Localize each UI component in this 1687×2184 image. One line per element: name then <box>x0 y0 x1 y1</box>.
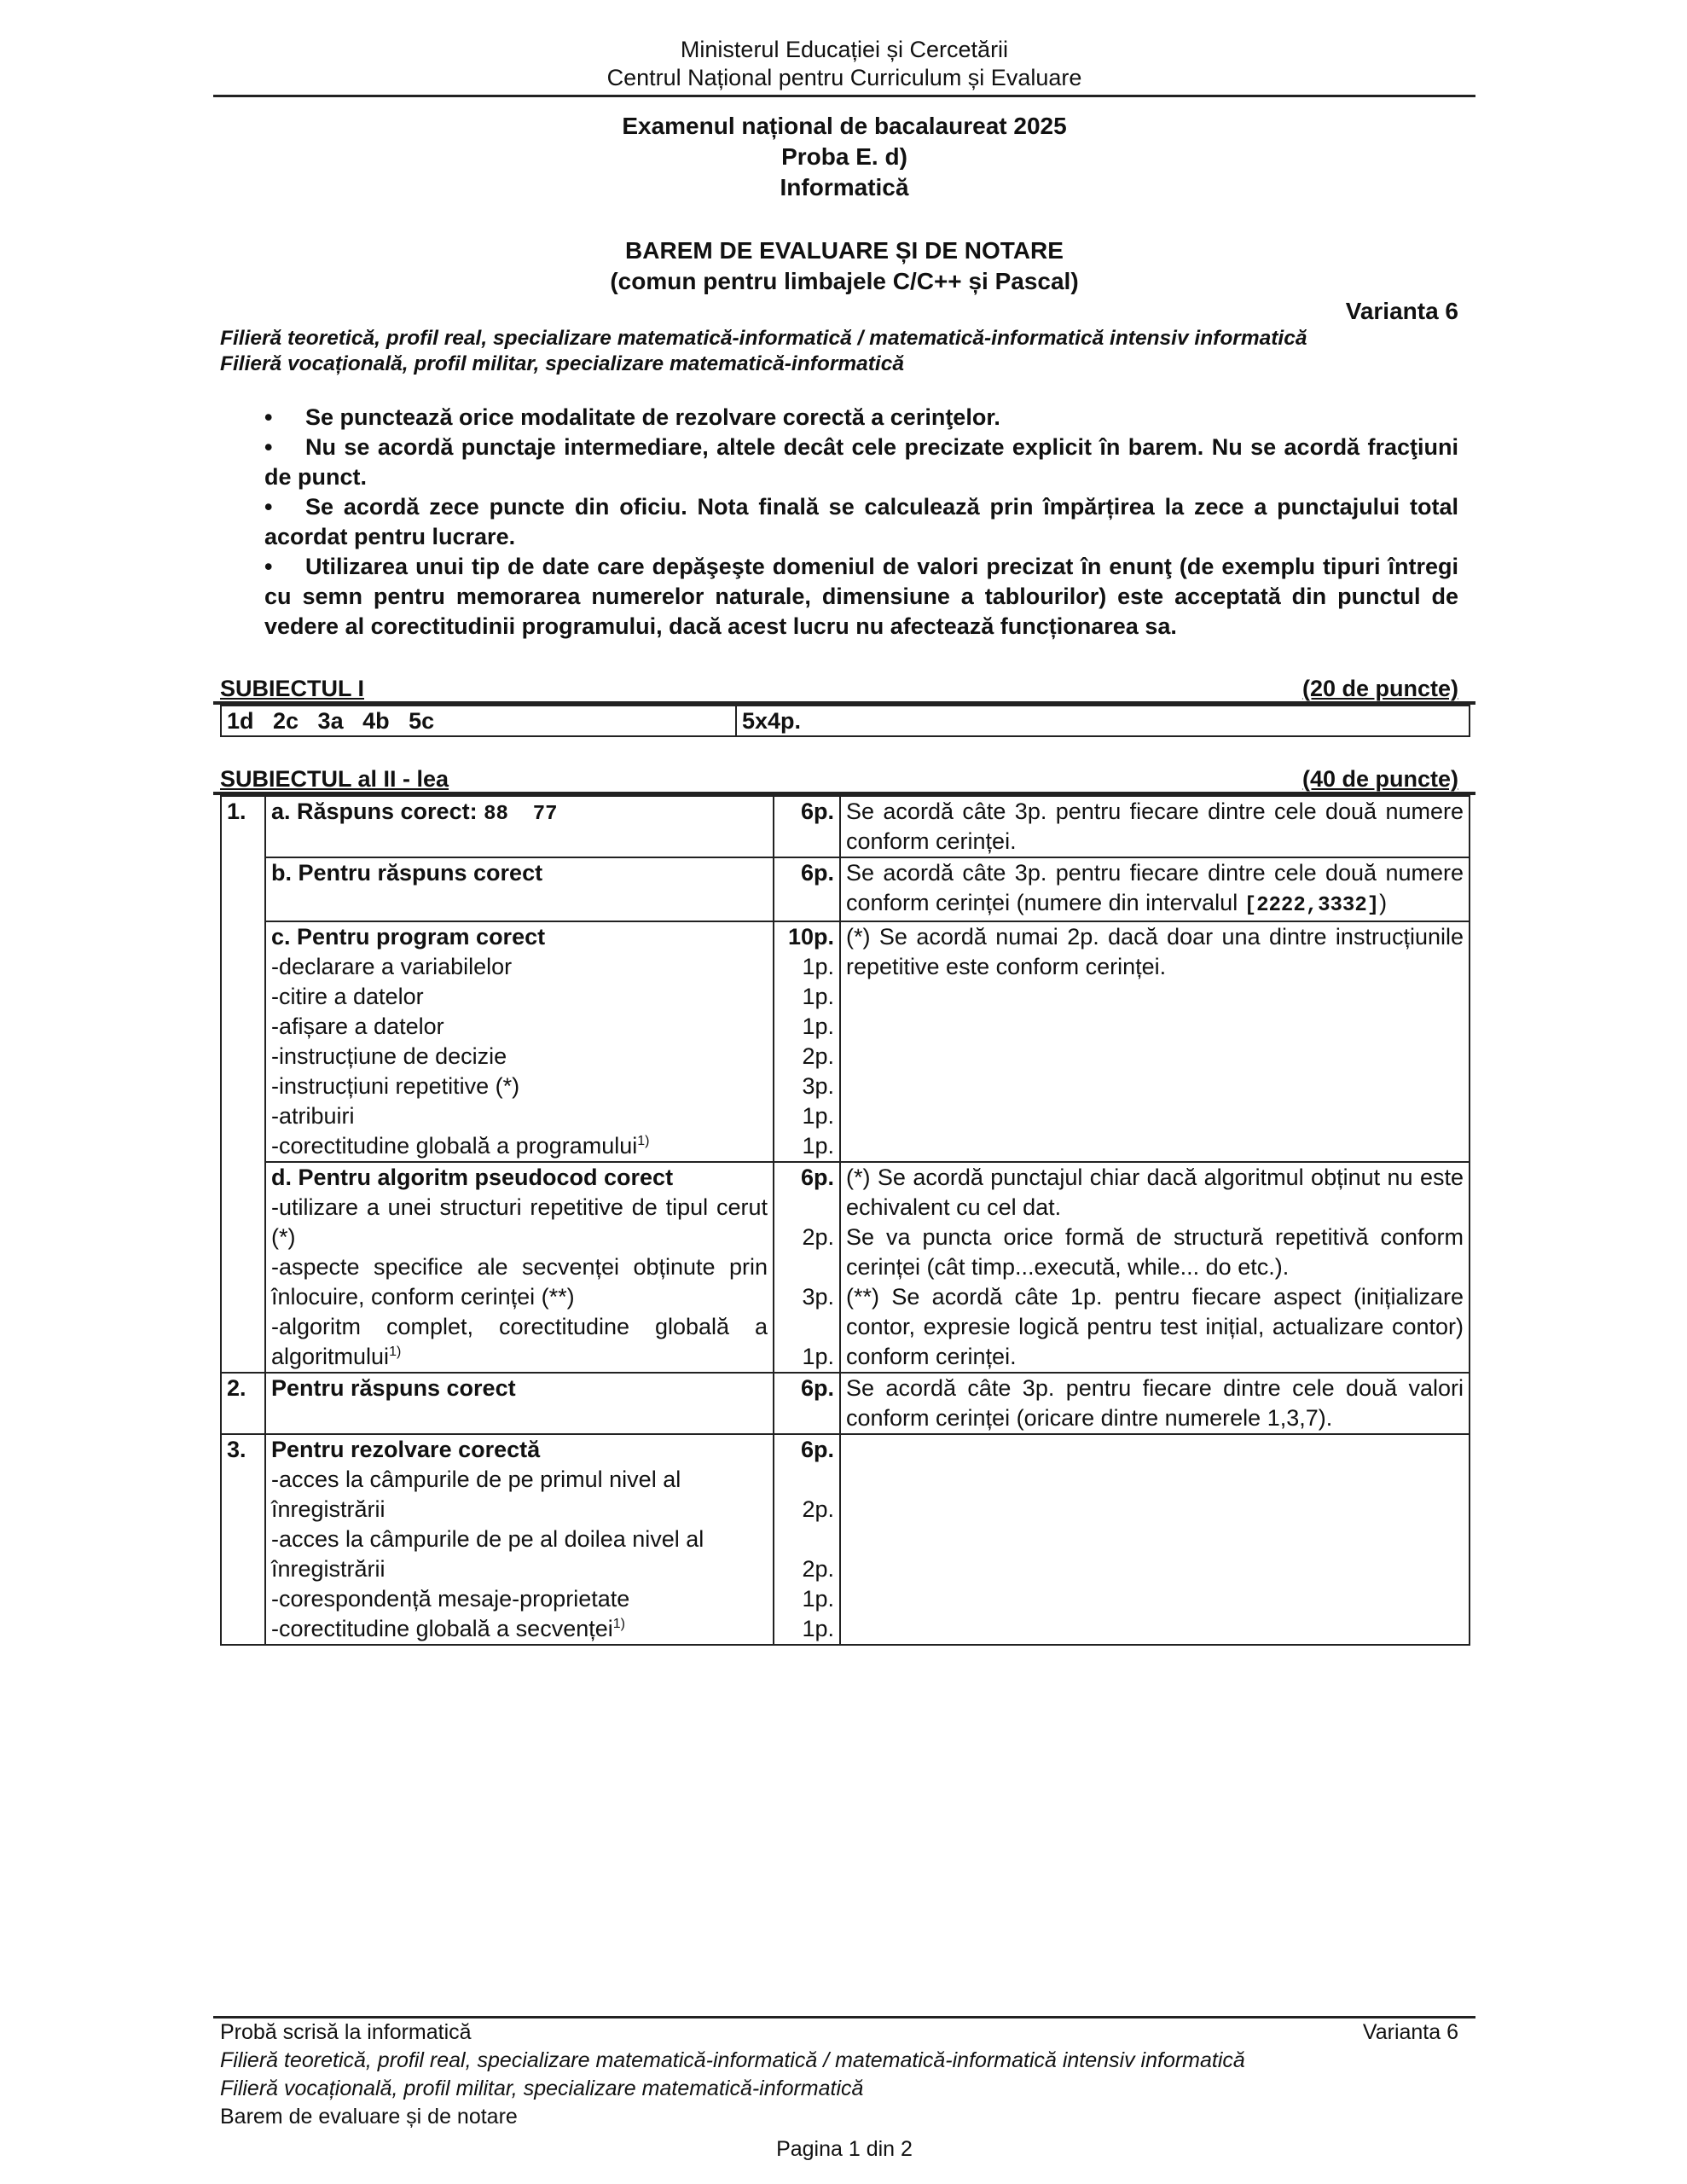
center-name: Centrul Național pentru Curriculum și Ev… <box>213 64 1475 92</box>
interval-value: [2222,3332] <box>1244 894 1379 917</box>
question-number: 1. <box>221 796 265 857</box>
rule-item: •Utilizarea unui tip de date care depăşe… <box>264 552 1458 642</box>
footer-doc: Barem de evaluare și de notare <box>213 2103 1475 2131</box>
rule-item: •Se punctează orice modalitate de rezolv… <box>264 403 1458 433</box>
bullet-icon: • <box>264 403 305 433</box>
title-block: Examenul național de bacalaureat 2025 Pr… <box>213 111 1475 297</box>
document-page: Ministerul Educației și Cercetării Centr… <box>213 0 1475 1646</box>
footer-exam: Probă scrisă la informatică <box>220 2018 472 2047</box>
proba-title: Proba E. d) <box>213 142 1475 172</box>
subject2-table: 1. a. Răspuns corect: 88 77 6p. Se acord… <box>220 795 1470 1646</box>
subject1-title: SUBIECTUL I <box>220 676 364 701</box>
points-1b: 6p. <box>774 857 840 921</box>
observation-1c: (*) Se acordă numai 2p. dacă doar una di… <box>840 921 1470 1162</box>
general-rules: •Se punctează orice modalitate de rezolv… <box>213 403 1475 642</box>
bullet-icon: • <box>264 552 305 582</box>
answer-value: 88 77 <box>484 803 557 826</box>
page-header: Ministerul Educației și Cercetării Centr… <box>213 0 1475 92</box>
languages-subtitle: (comun pentru limbajele C/C++ și Pascal) <box>213 266 1475 297</box>
points-2: 6p. <box>774 1373 840 1434</box>
filiera-line-1: Filieră teoretică, profil real, speciali… <box>213 326 1475 351</box>
observation-1b: Se acordă câte 3p. pentru fiecare dintre… <box>840 857 1470 921</box>
subject2-heading: SUBIECTUL al II - lea (40 de puncte) <box>213 766 1475 795</box>
variant-label: Varianta 6 <box>213 297 1475 326</box>
bullet-icon: • <box>264 433 305 462</box>
criterion-1d: d. Pentru algoritm pseudocod corect -uti… <box>265 1162 774 1373</box>
points-1a: 6p. <box>774 796 840 857</box>
filiera-line-2: Filieră vocațională, profil militar, spe… <box>213 351 1475 377</box>
criterion-2: Pentru răspuns corect <box>265 1373 774 1434</box>
points-1d: 6p. 2p. 3p. 1p. <box>774 1162 840 1373</box>
exam-title: Examenul național de bacalaureat 2025 <box>213 111 1475 142</box>
observation-2: Se acordă câte 3p. pentru fiecare dintre… <box>840 1373 1470 1434</box>
subject1-table: 1d 2c 3a 4b 5c 5x4p. <box>220 705 1470 737</box>
table-row: 1. a. Răspuns corect: 88 77 6p. Se acord… <box>221 796 1470 857</box>
question-number: 2. <box>221 1373 265 1434</box>
observation-3 <box>840 1434 1470 1645</box>
subject1-heading: SUBIECTUL I (20 de puncte) <box>213 676 1475 705</box>
subject1-score: 5x4p. <box>736 706 1470 736</box>
subject1-answers: 1d 2c 3a 4b 5c <box>221 706 736 736</box>
page-number: Pagina 1 din 2 <box>213 2135 1475 2164</box>
bullet-icon: • <box>264 492 305 522</box>
criterion-1b: b. Pentru răspuns corect <box>265 857 774 921</box>
page-footer: Probă scrisă la informatică Varianta 6 F… <box>213 2016 1475 2164</box>
subject2-points: (40 de puncte) <box>1302 766 1458 792</box>
table-row: 2. Pentru răspuns corect 6p. Se acordă c… <box>221 1373 1470 1434</box>
points-3: 6p. 2p. 2p. 1p. 1p. <box>774 1434 840 1645</box>
criterion-1c: c. Pentru program corect -declarare a va… <box>265 921 774 1162</box>
observation-1d: (*) Se acordă punctajul chiar dacă algor… <box>840 1162 1470 1373</box>
footer-filiera-2: Filieră vocațională, profil militar, spe… <box>213 2075 1475 2103</box>
table-row: c. Pentru program corect -declarare a va… <box>221 921 1470 1162</box>
subject1-points: (20 de puncte) <box>1302 676 1458 701</box>
footer-variant: Varianta 6 <box>1363 2018 1458 2047</box>
header-divider <box>213 95 1475 97</box>
rule-item: •Nu se acordă punctaje intermediare, alt… <box>213 433 1458 492</box>
rule-item: •Se acordă zece puncte din oficiu. Nota … <box>264 492 1458 552</box>
table-row: 1d 2c 3a 4b 5c 5x4p. <box>221 706 1470 736</box>
table-row: b. Pentru răspuns corect 6p. Se acordă c… <box>221 857 1470 921</box>
subject-title: Informatică <box>213 172 1475 203</box>
ministry-name: Ministerul Educației și Cercetării <box>213 36 1475 64</box>
question-number: 3. <box>221 1434 265 1645</box>
observation-1a: Se acordă câte 3p. pentru fiecare dintre… <box>840 796 1470 857</box>
criterion-3: Pentru rezolvare corectă -acces la câmpu… <box>265 1434 774 1645</box>
barem-title: BAREM DE EVALUARE ȘI DE NOTARE <box>213 235 1475 266</box>
criterion-1a: a. Răspuns corect: 88 77 <box>265 796 774 857</box>
table-row: 3. Pentru rezolvare corectă -acces la câ… <box>221 1434 1470 1645</box>
footer-filiera-1: Filieră teoretică, profil real, speciali… <box>213 2047 1475 2075</box>
subject2-title: SUBIECTUL al II - lea <box>220 766 449 792</box>
points-1c: 10p. 1p. 1p. 1p. 2p. 3p. 1p. 1p. <box>774 921 840 1162</box>
table-row: d. Pentru algoritm pseudocod corect -uti… <box>221 1162 1470 1373</box>
